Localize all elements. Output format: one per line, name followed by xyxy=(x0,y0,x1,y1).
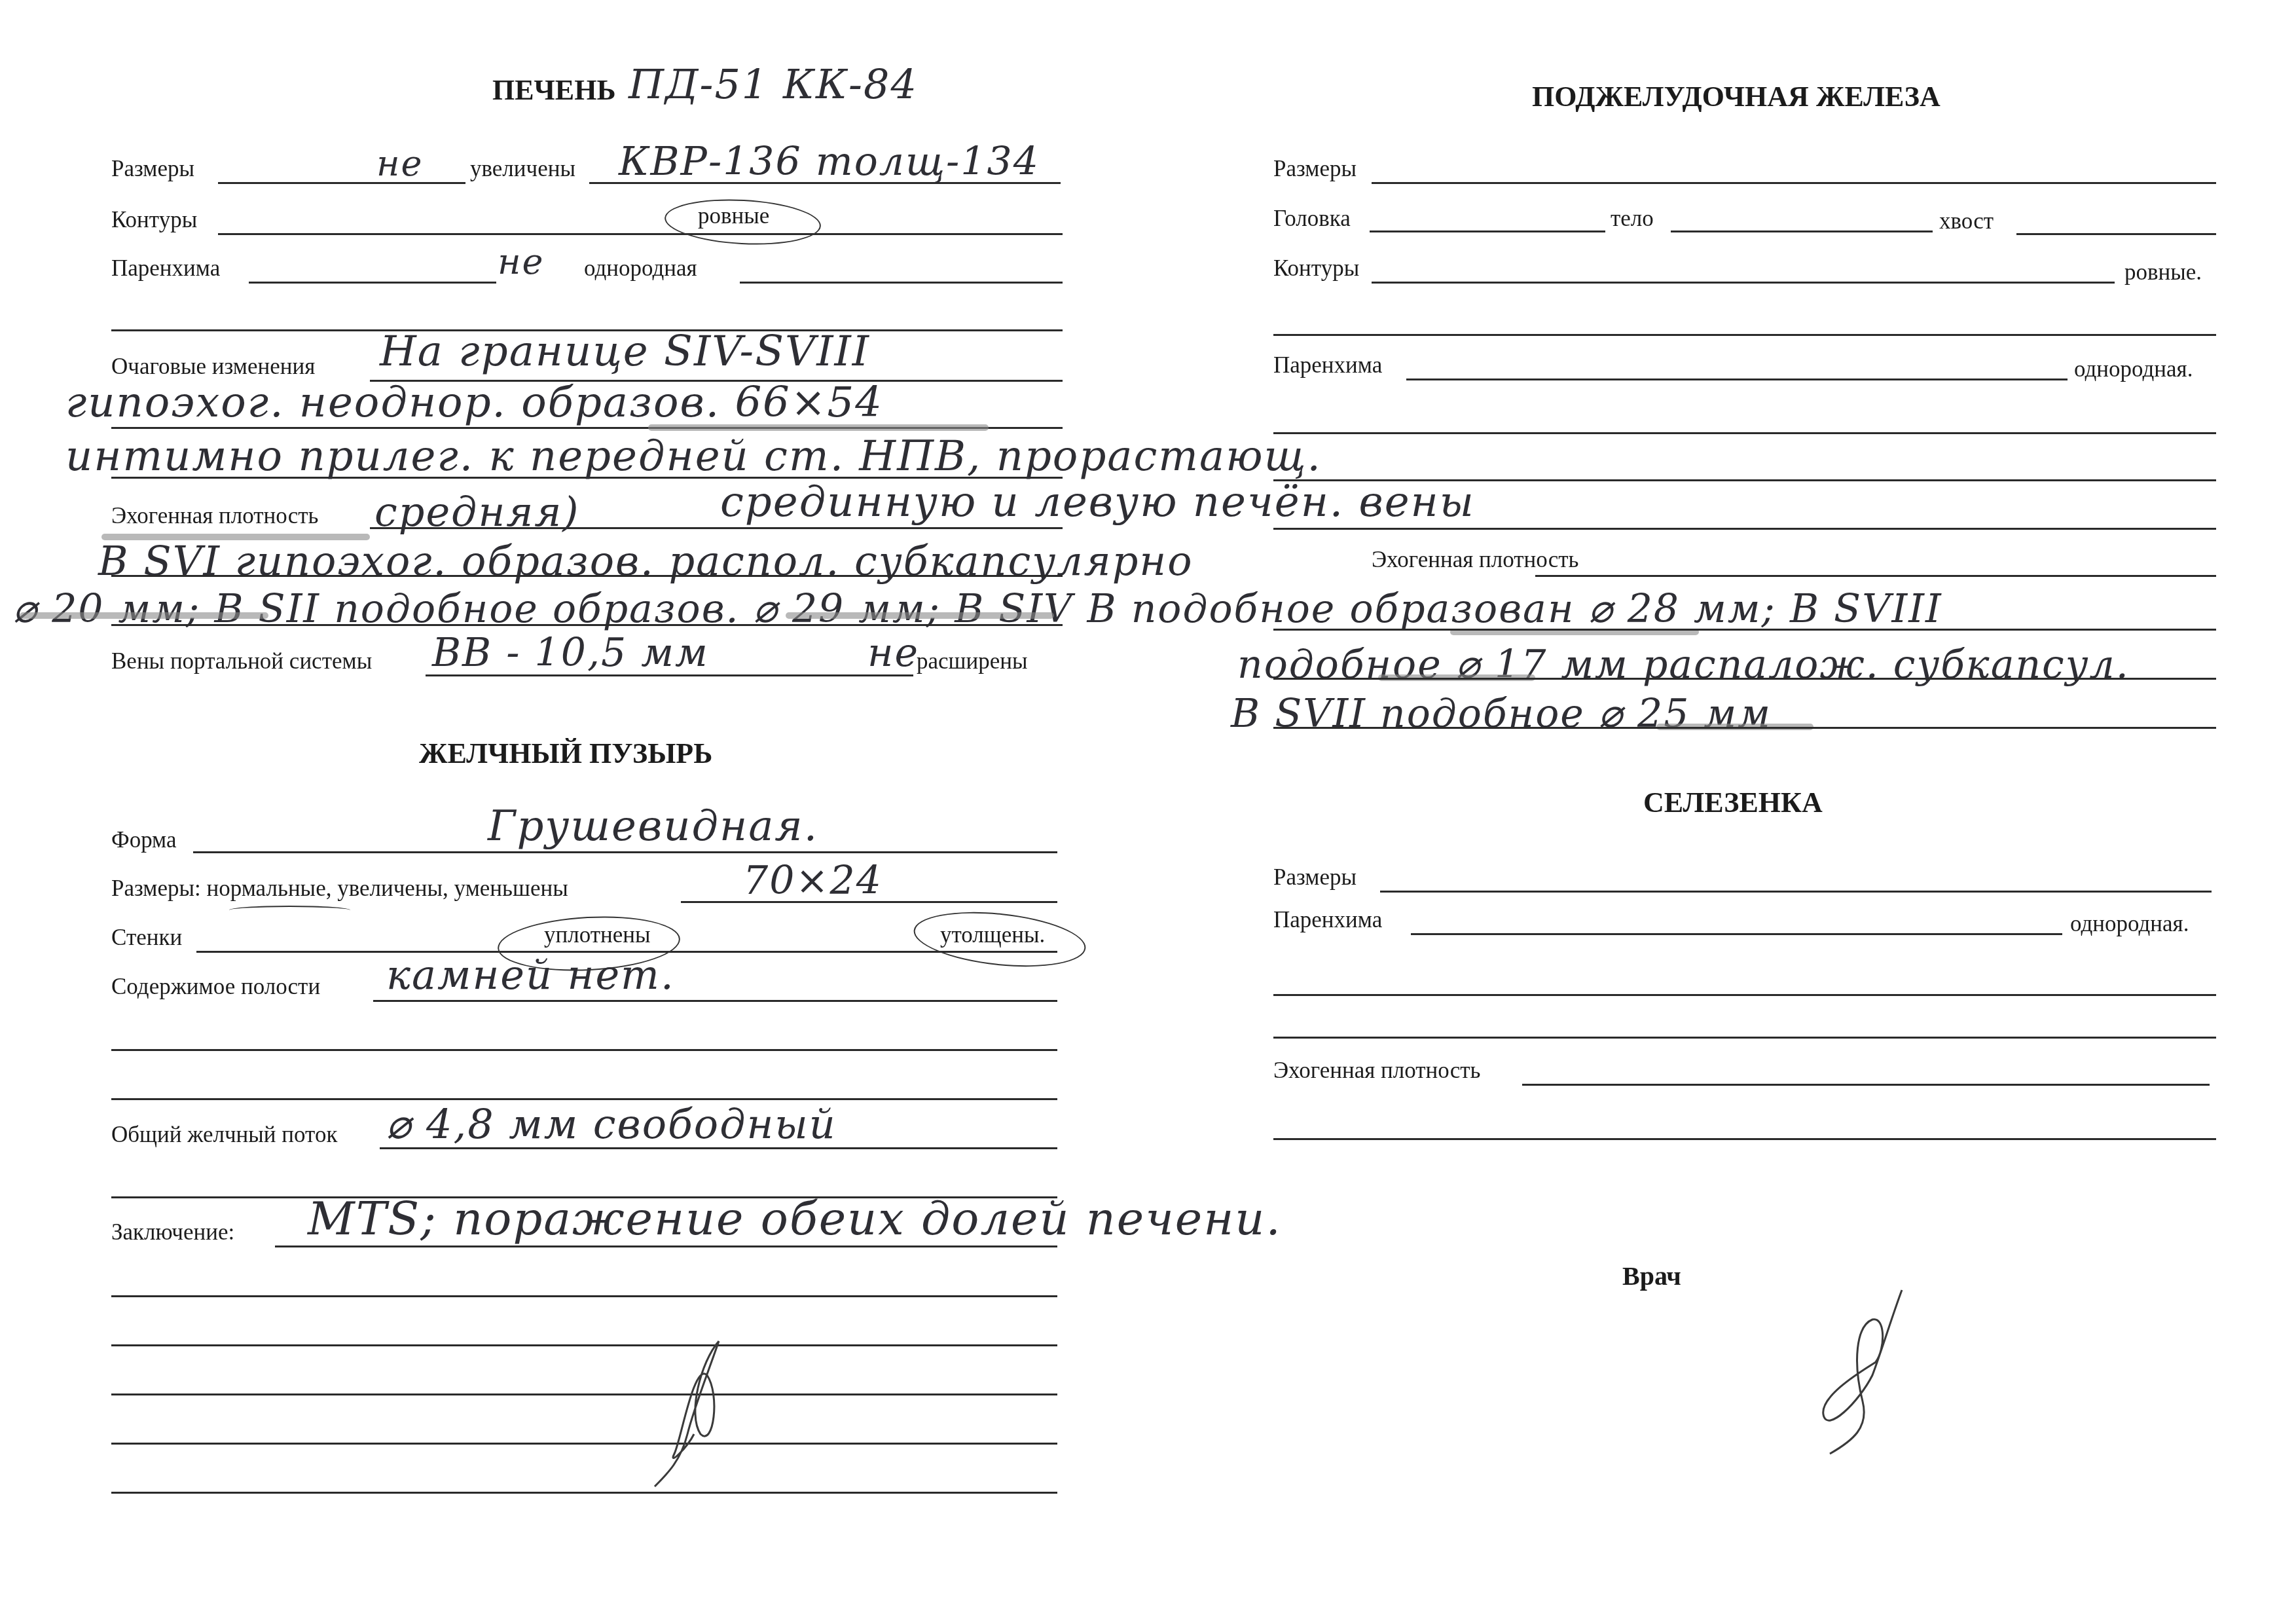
pancreas-size-label: Размеры xyxy=(1273,156,1357,182)
liver-contours-line xyxy=(218,233,1063,235)
pancreas-head-line xyxy=(1370,231,1605,232)
liver-parenchyma-label: Паренхима xyxy=(111,255,220,282)
ruled-line xyxy=(111,1049,1057,1051)
liver-size-blank xyxy=(218,182,465,184)
liver-title-note: ПД-51 КК-84 xyxy=(629,60,918,108)
gallbladder-shape-label: Форма xyxy=(111,827,177,853)
ruled-line xyxy=(111,575,1063,577)
pancreas-tail-line xyxy=(2016,233,2216,235)
pancreas-echo-line xyxy=(1535,575,2216,577)
ruled-line xyxy=(1273,629,2216,631)
ruled-line xyxy=(1273,528,2216,530)
gallbladder-contents-label: Содержимое полости xyxy=(111,974,320,1000)
spleen-size-line xyxy=(1380,891,2212,893)
pancreas-parenchyma-print: однородная. xyxy=(2074,356,2193,382)
pancreas-size-line xyxy=(1372,182,2216,184)
spleen-size-label: Размеры xyxy=(1273,864,1357,891)
ruled-line xyxy=(1273,678,2216,680)
signature-icon xyxy=(1820,1283,1918,1454)
liver-size-hw: КВР-136 толщ-134 xyxy=(619,139,1040,185)
liver-portal-hw-prefix: не xyxy=(867,630,919,676)
gallbladder-size-value: 70×24 xyxy=(743,858,883,904)
gallbladder-shape-line xyxy=(193,851,1057,853)
liver-echo-cont-3: подобное ⌀ 17 мм распалож. субкапсул. xyxy=(1237,642,2130,688)
liver-parenchyma-hw-prefix: не xyxy=(498,241,545,282)
liver-parenchyma-line xyxy=(740,282,1063,284)
pancreas-tail-label: хвост xyxy=(1939,208,1994,234)
conclusion-value: MTS; поражение обеих долей печени. xyxy=(308,1192,1282,1246)
pancreas-body-label: тело xyxy=(1611,206,1654,232)
gallbladder-duct-value: ⌀ 4,8 мм свободный xyxy=(386,1100,837,1148)
liver-focal-label: Очаговые изменения xyxy=(111,354,315,380)
selection-underline xyxy=(229,906,350,915)
liver-focal-line-2: гипоэхог. неоднор. образов. 66×54 xyxy=(65,378,883,427)
ruled-line xyxy=(111,1443,1057,1445)
liver-portal-hw: ВВ - 10,5 мм xyxy=(432,630,709,676)
spleen-parenchyma-line xyxy=(1411,933,2062,935)
ruled-line xyxy=(111,1393,1057,1395)
ruled-line xyxy=(111,1344,1057,1346)
spleen-echo-line xyxy=(1522,1084,2210,1086)
pancreas-echo-label: Эхогенная плотность xyxy=(1372,547,1578,573)
marker-highlight xyxy=(786,612,1054,619)
pancreas-contours-line xyxy=(1372,282,2115,284)
liver-echo-label: Эхогенная плотность xyxy=(111,503,318,529)
marker-highlight xyxy=(20,612,268,619)
liver-portal-print: расширены xyxy=(917,648,1028,674)
liver-portal-label: Вены портальной системы xyxy=(111,648,372,674)
marker-highlight xyxy=(648,424,989,431)
liver-size-hw-prefix: не xyxy=(376,143,424,184)
spleen-title: СЕЛЕЗЕНКА xyxy=(1643,786,1823,819)
ruled-line xyxy=(111,1295,1057,1297)
ruled-line xyxy=(1273,727,2216,729)
liver-size-print: увеличены xyxy=(470,156,575,182)
spleen-parenchyma-label: Паренхима xyxy=(1273,907,1382,933)
pancreas-parenchyma-line xyxy=(1406,378,2068,380)
gallbladder-walls-label: Стенки xyxy=(111,925,182,951)
spleen-echo-label: Эхогенная плотность xyxy=(1273,1058,1480,1084)
liver-focal-line-3: интимно прилег. к передней ст. НПВ, прор… xyxy=(65,432,1322,481)
liver-contours-label: Контуры xyxy=(111,207,197,233)
ruled-line xyxy=(1273,479,2216,481)
ruled-line xyxy=(1273,432,2216,434)
liver-focal-line-1: На границе SIV-SVIII xyxy=(380,327,870,376)
liver-echo-value: средняя) xyxy=(374,488,580,536)
pancreas-contours-print: ровные. xyxy=(2124,259,2202,286)
ruled-line xyxy=(1273,334,2216,336)
ruled-line xyxy=(111,624,1063,626)
liver-title: ПЕЧЕНЬ xyxy=(492,73,616,107)
liver-focal-line-4: срединную и левую печён. вены xyxy=(720,478,1475,526)
pancreas-body-line xyxy=(1671,231,1933,232)
selection-circle xyxy=(911,904,1089,974)
ruled-line xyxy=(1273,1138,2216,1140)
pancreas-contours-label: Контуры xyxy=(1273,255,1359,282)
gallbladder-size-label: Размеры: нормальные, увеличены, уменьшен… xyxy=(111,876,568,902)
doctor-label: Врач xyxy=(1622,1261,1681,1291)
pancreas-head-label: Головка xyxy=(1273,206,1351,232)
liver-parenchyma-blank xyxy=(249,282,496,284)
spleen-parenchyma-print: однородная. xyxy=(2070,911,2189,937)
ruled-line xyxy=(111,1492,1057,1494)
liver-parenchyma-print: однородная xyxy=(584,255,697,282)
signature-icon xyxy=(642,1336,746,1493)
gallbladder-contents-value: камней нет. xyxy=(386,951,675,999)
gallbladder-contents-line xyxy=(373,1000,1057,1002)
ruled-line xyxy=(1273,1037,2216,1039)
conclusion-line xyxy=(275,1246,1057,1247)
pancreas-title: ПОДЖЕЛУДОЧНАЯ ЖЕЛЕЗА xyxy=(1532,80,1941,113)
liver-echo-cont-1: В SVI гипоэхог. образов. распол. субкапс… xyxy=(98,537,1194,585)
gallbladder-duct-label: Общий желчный поток xyxy=(111,1122,337,1148)
pancreas-parenchyma-label: Паренхима xyxy=(1273,352,1382,378)
ruled-line xyxy=(1273,994,2216,996)
selection-circle xyxy=(663,196,822,248)
liver-size-label: Размеры xyxy=(111,156,194,182)
gallbladder-title: ЖЕЛЧНЫЙ ПУЗЫРЬ xyxy=(419,737,712,770)
conclusion-label: Заключение: xyxy=(111,1219,234,1246)
gallbladder-shape-value: Грушевидная. xyxy=(488,802,818,851)
